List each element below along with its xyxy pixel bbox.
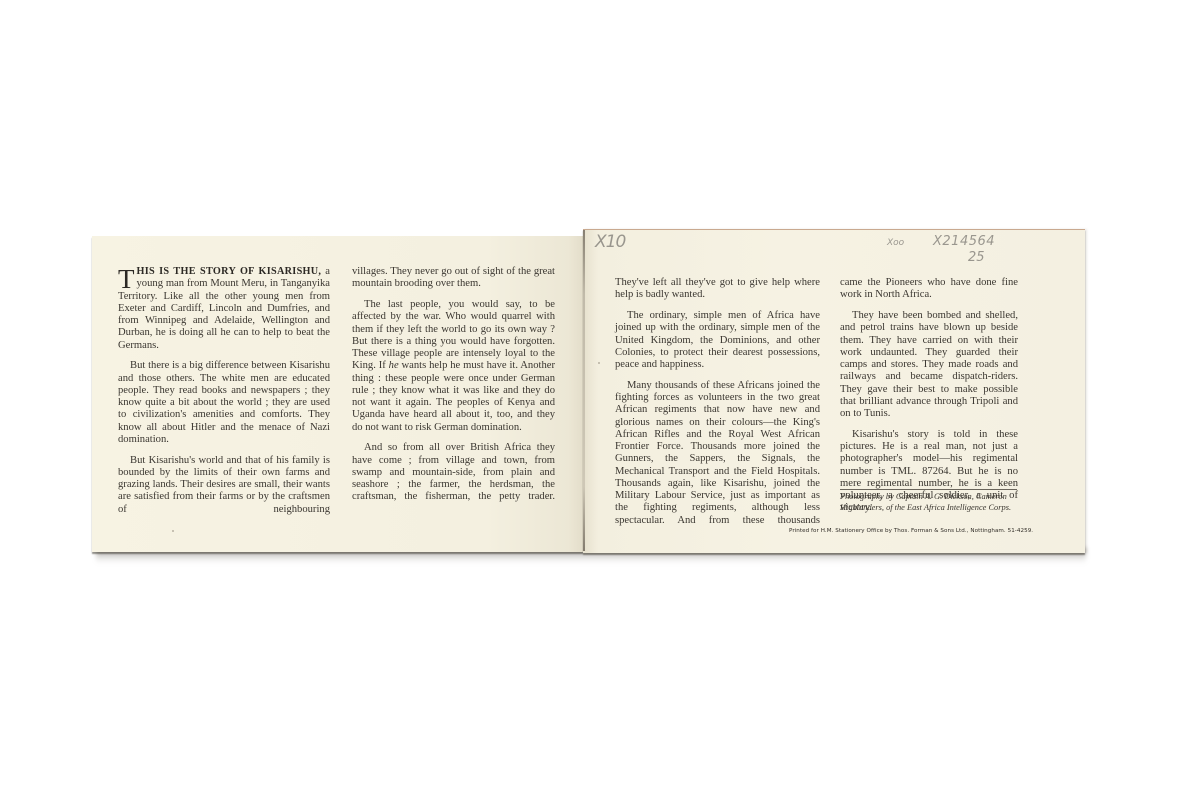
paragraph: The last people, you would say, to be af… <box>352 299 555 434</box>
paragraph: And so from all over British Africa they… <box>352 442 555 503</box>
pencil-mark-x10: X10 <box>595 232 625 252</box>
pencil-mark-xoo: Xoo <box>887 238 904 248</box>
pencil-mark-number: X214564 <box>933 234 995 249</box>
opening-paragraph: THIS IS THE STORY OF KISARISHU, a young … <box>118 266 330 352</box>
left-page-column-1: THIS IS THE STORY OF KISARISHU, a young … <box>118 266 330 524</box>
paper-speck <box>172 530 174 532</box>
paragraph: But there is a big difference between Ki… <box>118 360 330 446</box>
paragraph-text: a young man from Mount Meru, in Tanganyi… <box>118 266 330 351</box>
right-page-column-2: came the Pioneers who have done fine wor… <box>840 277 1018 523</box>
credit-divider <box>840 489 1017 490</box>
paragraph: came the Pioneers who have done fine wor… <box>840 277 1018 302</box>
pencil-mark-price: 25 <box>968 250 985 265</box>
paper-speck <box>862 364 864 366</box>
paragraph: They've left all they've got to give hel… <box>615 277 820 302</box>
spine-fold <box>583 230 585 551</box>
emphasis-text: he <box>389 360 399 371</box>
paragraph: The ordinary, simple men of Africa have … <box>615 310 820 371</box>
paragraph: But Kisarishu's world and that of his fa… <box>118 455 330 516</box>
drop-cap: T <box>118 269 135 289</box>
right-page-column-1: They've left all they've got to give hel… <box>615 277 820 535</box>
opening-heading: HIS IS THE STORY OF KISARISHU, <box>137 266 322 277</box>
paper-speck <box>598 362 600 364</box>
photo-credit: Photography by Captain A. G. Dickson, Ca… <box>840 492 1020 513</box>
paragraph: Many thousands of these Africans joined … <box>615 380 820 527</box>
paragraph: villages. They never go out of sight of … <box>352 266 555 291</box>
printer-imprint: Printed for H.M. Stationery Office by Th… <box>789 528 1029 534</box>
booklet-spread: THIS IS THE STORY OF KISARISHU, a young … <box>0 0 1180 786</box>
paragraph: They have been bombed and shelled, and p… <box>840 310 1018 420</box>
left-page-column-2: villages. They never go out of sight of … <box>352 266 555 512</box>
